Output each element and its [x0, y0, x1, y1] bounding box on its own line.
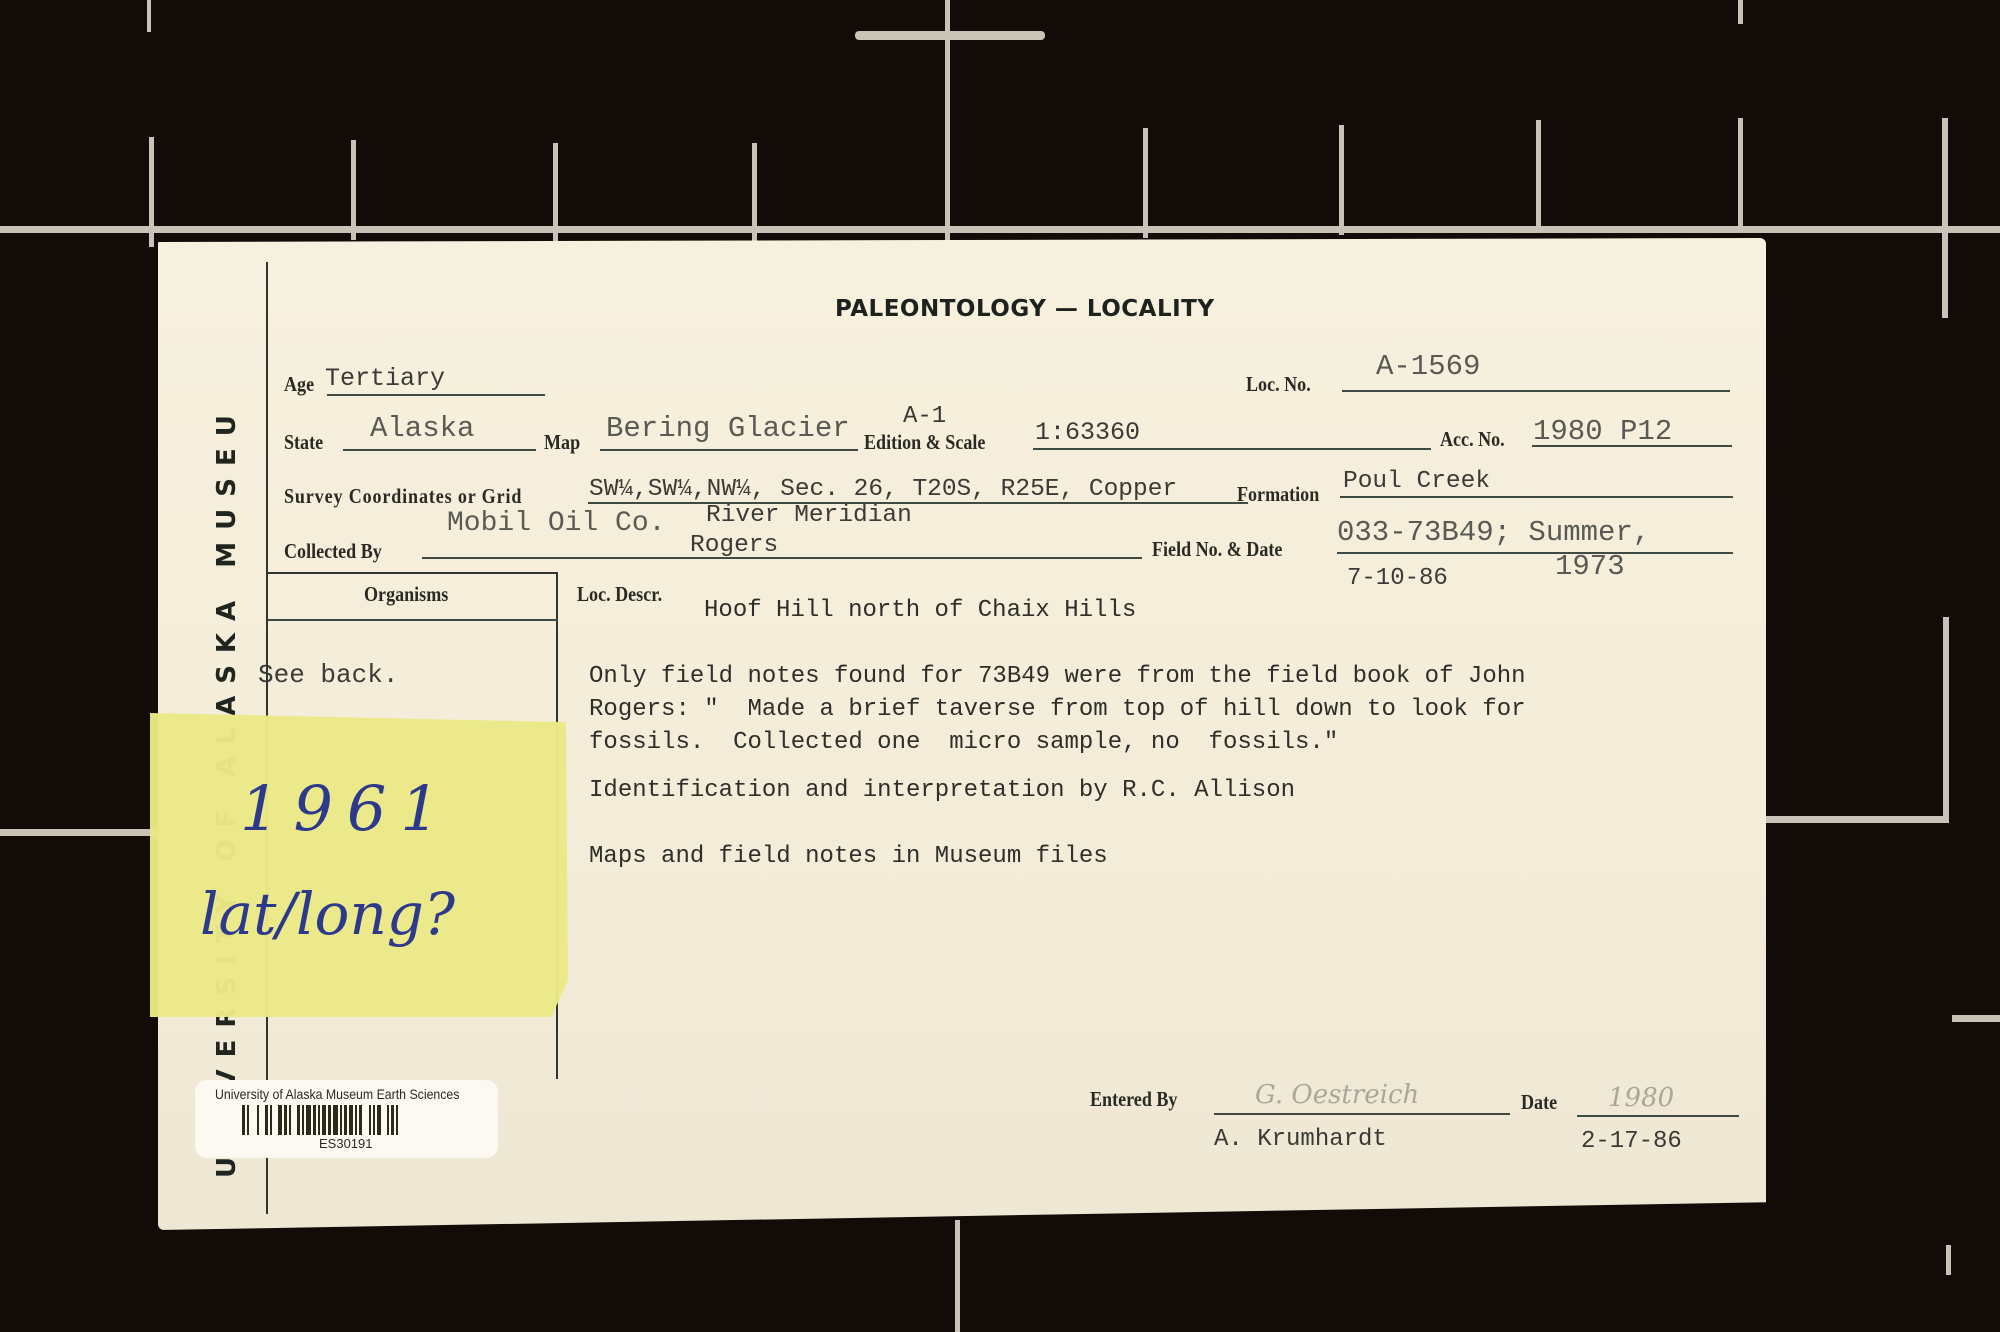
- grid-tick: [1738, 118, 1743, 233]
- sticky-note[interactable]: [150, 713, 568, 1017]
- grid-tick: [1946, 1245, 1951, 1275]
- survey-value: SW¼,SW¼,NW¼, Sec. 26, T20S, R25E, Copper: [589, 476, 1177, 503]
- sticky-note-line-2: lat/long?: [200, 880, 455, 948]
- entered-by-label: Entered By: [1090, 1087, 1177, 1112]
- date-underline: [1577, 1115, 1739, 1117]
- barcode-label: University of Alaska Museum Earth Scienc…: [195, 1080, 498, 1158]
- organisms-value: See back.: [258, 660, 398, 690]
- scale-underline: [1033, 448, 1431, 450]
- notes-line-3: fossils. Collected one micro sample, no …: [589, 729, 1338, 756]
- field-no-value: 033-73B49; Summer,: [1337, 516, 1650, 549]
- date-handwritten: 1980: [1608, 1083, 1674, 1113]
- grid-line-h-right2: [1952, 1015, 2000, 1022]
- loc-no-value: A-1569: [1376, 350, 1480, 383]
- acc-no-value: 1980 P12: [1533, 415, 1672, 448]
- entered-by-typed: A. Krumhardt: [1214, 1126, 1387, 1153]
- scale-value: 1:63360: [1035, 418, 1140, 447]
- survey-label: Survey Coordinates or Grid: [284, 484, 522, 509]
- grid-cross-h: [855, 31, 1045, 40]
- field-no-date-underline: [1337, 552, 1733, 554]
- state-label: State: [284, 430, 323, 455]
- loc-descr-label: Loc. Descr.: [577, 582, 662, 607]
- barcode-catalog-no: ES30191: [319, 1136, 373, 1151]
- grid-tick: [1738, 0, 1743, 24]
- grid-tick: [1536, 120, 1541, 232]
- barcode-institution: University of Alaska Museum Earth Scienc…: [215, 1086, 459, 1102]
- field-date-typed: 7-10-86: [1347, 565, 1448, 592]
- collected-by-underline: [422, 557, 1142, 559]
- survey-value-cont: River Meridian: [706, 502, 912, 529]
- state-underline: [343, 449, 536, 451]
- map-value: Bering Glacier: [606, 412, 850, 445]
- loc-no-label: Loc. No.: [1246, 372, 1311, 397]
- organisms-header: Organisms: [364, 582, 448, 607]
- identification-line: Identification and interpretation by R.C…: [589, 777, 1295, 804]
- grid-line-h-left: [0, 829, 158, 836]
- age-value: Tertiary: [325, 364, 445, 393]
- files-line: Maps and field notes in Museum files: [589, 843, 1108, 870]
- grid-tick: [1943, 617, 1949, 822]
- date-typed: 2-17-86: [1581, 1128, 1682, 1155]
- organisms-header-divider: [268, 619, 558, 621]
- sticky-note-line-1: 1961: [240, 772, 454, 845]
- entered-by-underline: [1214, 1113, 1510, 1115]
- loc-no-underline: [1342, 390, 1730, 392]
- grid-tick: [149, 137, 154, 247]
- card-title: PALEONTOLOGY — LOCALITY: [835, 296, 1215, 322]
- collected-by-label: Collected By: [284, 539, 382, 564]
- date-label: Date: [1521, 1090, 1557, 1115]
- collected-by-value-2: Rogers: [690, 532, 778, 559]
- grid-line-v-bottom: [955, 1220, 960, 1332]
- notes-line-1: Only field notes found for 73B49 were fr…: [589, 663, 1526, 690]
- map-underline: [600, 449, 858, 451]
- grid-tick: [351, 140, 356, 240]
- formation-value: Poul Creek: [1343, 468, 1490, 495]
- formation-label: Formation: [1237, 482, 1319, 507]
- barcode-icon: [242, 1105, 450, 1135]
- grid-tick: [752, 143, 757, 241]
- age-underline: [327, 394, 545, 396]
- field-no-date-label: Field No. & Date: [1152, 537, 1282, 562]
- map-label: Map: [544, 430, 580, 455]
- grid-line-h-top: [0, 226, 2000, 233]
- edition-scale-label: Edition & Scale: [864, 430, 985, 455]
- grid-tick: [1339, 125, 1344, 235]
- grid-tick: [147, 0, 151, 32]
- grid-tick: [1942, 118, 1948, 318]
- grid-tick: [1143, 128, 1148, 238]
- edition-value: A-1: [903, 403, 946, 430]
- notes-line-2: Rogers: " Made a brief taverse from top …: [589, 696, 1526, 723]
- grid-line-h-right: [1762, 816, 1949, 823]
- grid-tick: [553, 143, 558, 241]
- formation-underline: [1340, 496, 1733, 498]
- age-label: Age: [284, 372, 314, 397]
- acc-no-label: Acc. No.: [1440, 427, 1505, 452]
- state-value: Alaska: [370, 412, 474, 445]
- entered-by-handwritten: G. Oestreich: [1255, 1080, 1419, 1110]
- field-no-value-cont: 1973: [1555, 550, 1625, 583]
- loc-descr-value: Hoof Hill north of Chaix Hills: [704, 597, 1136, 624]
- collected-by-value: Mobil Oil Co.: [447, 508, 665, 539]
